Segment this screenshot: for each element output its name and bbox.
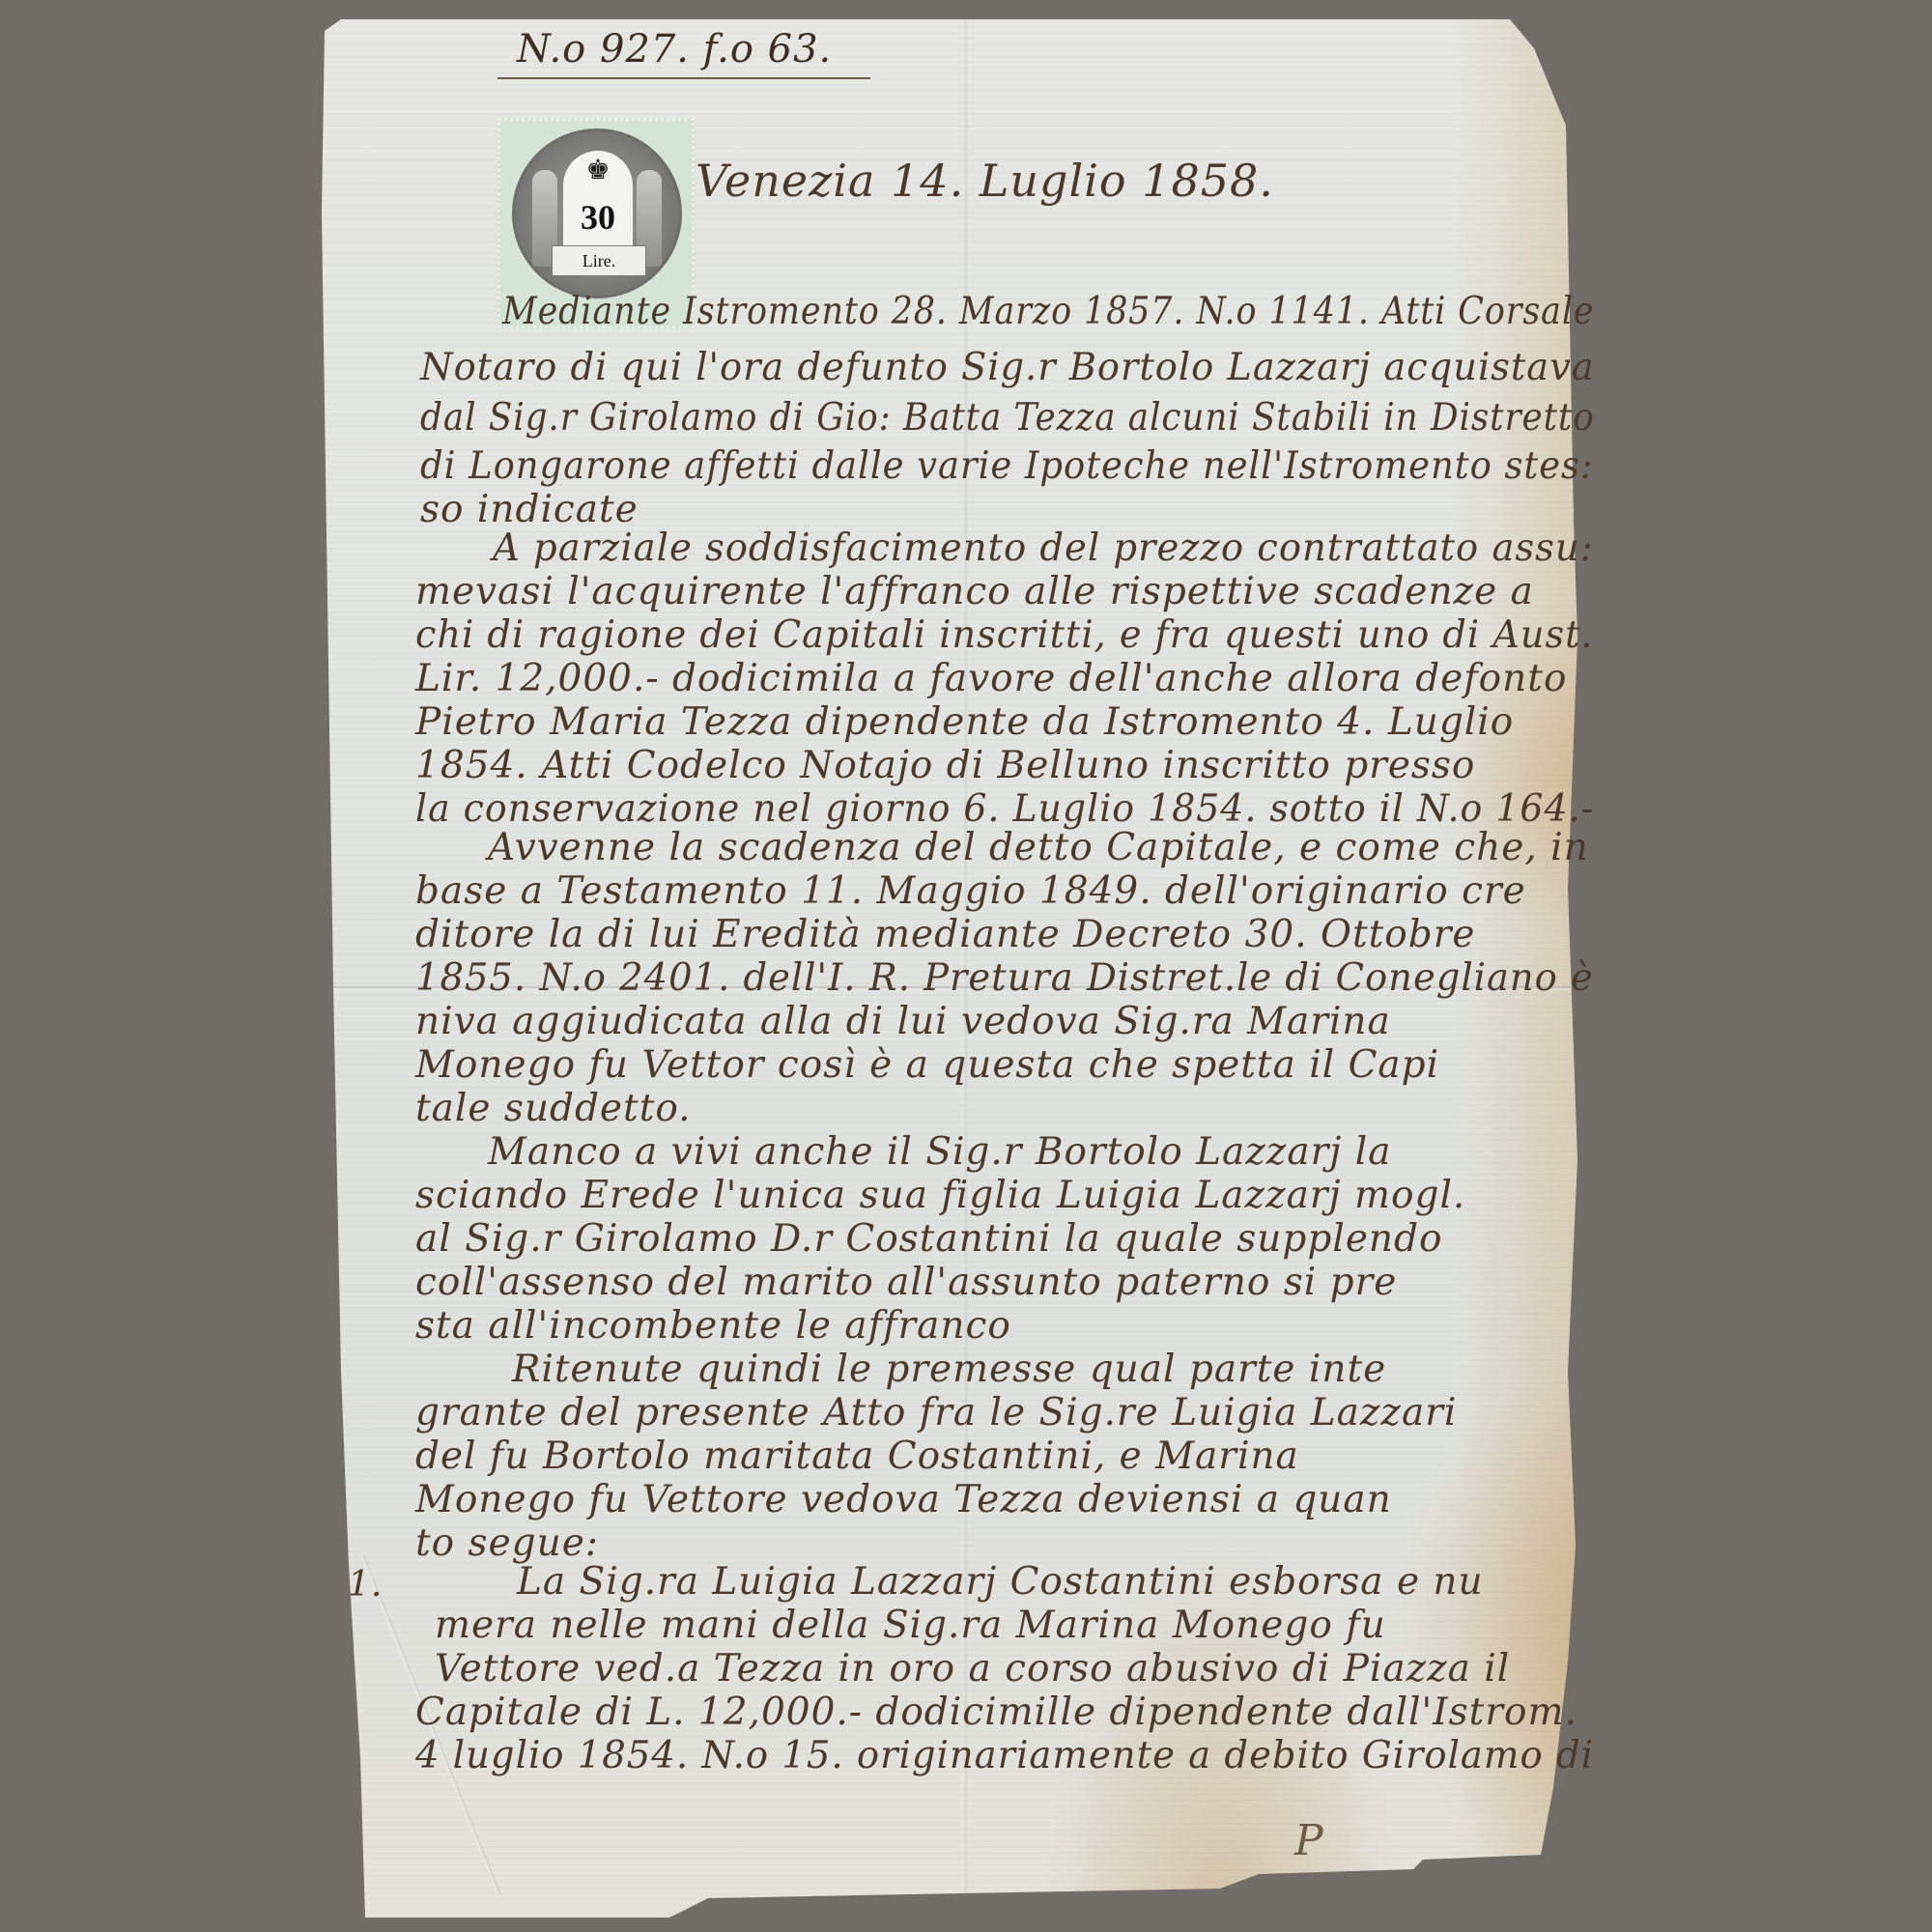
stamp-medallion: ♚ 30 Lire. [512, 128, 682, 298]
text-line-4: di Longarone affetti dalle varie Ipotech… [420, 444, 1593, 488]
clause-number: 1. [348, 1565, 383, 1605]
reference-number: N.o 927. f.o 63. [497, 27, 870, 79]
text-line-18: Monego fu Vettor così è a questa che spe… [415, 1043, 1439, 1087]
text-line-16: 1855. N.o 2401. dell'I. R. Pretura Distr… [415, 956, 1594, 1000]
text-line-10: Pietro Maria Tezza dipendente da Istrome… [415, 700, 1514, 744]
text-line-14: base a Testamento 11. Maggio 1849. dell'… [415, 869, 1526, 913]
text-line-11: 1854. Atti Codelco Notajo di Belluno ins… [415, 744, 1475, 787]
text-line-5: so indicate [420, 488, 639, 531]
text-line-32: Vettore ved.a Tezza in oro a corso abusi… [435, 1647, 1510, 1690]
text-line-13: Avvenne la scadenza del detto Capitale, … [488, 826, 1589, 869]
text-line-17: niva aggiudicata alla di lui vedova Sig.… [415, 1000, 1391, 1043]
text-line-15: ditore la di lui Eredità mediante Decret… [415, 913, 1475, 956]
text-line-19: tale suddetto. [415, 1087, 692, 1130]
text-line-31: mera nelle mani della Sig.ra Marina Mone… [435, 1604, 1386, 1647]
place-date: Venezia 14. Luglio 1858. [696, 155, 1274, 207]
stamp-unit: Lire. [552, 245, 646, 276]
text-line-8: chi di ragione dei Capitali inscritti, e… [415, 613, 1594, 657]
text-line-27: del fu Bortolo maritata Costantini, e Ma… [415, 1435, 1299, 1478]
double-headed-eagle-icon: ♚ [563, 156, 633, 184]
text-line-6: A parziale soddisfacimento del prezzo co… [493, 526, 1594, 570]
text-line-3: dal Sig.r Girolamo di Gio: Batta Tezza a… [420, 396, 1595, 440]
text-line-22: al Sig.r Girolamo D.r Costantini la qual… [415, 1217, 1442, 1261]
corner-mark: P [1294, 1816, 1324, 1865]
text-line-2: Notaro di qui l'ora defunto Sig.r Bortol… [420, 346, 1595, 389]
text-line-28: Monego fu Vettore vedova Tezza deviensi … [415, 1478, 1392, 1521]
text-line-34: 4 luglio 1854. N.o 15. originariamente a… [415, 1734, 1594, 1777]
text-line-25: Ritenute quindi le premesse qual parte i… [512, 1348, 1386, 1391]
text-line-29: to segue: [415, 1521, 599, 1565]
stamp-value: 30 [563, 197, 633, 238]
text-line-12: la conservazione nel giorno 6. Luglio 18… [415, 787, 1594, 831]
text-line-24: sta all'incombente le affranco [415, 1304, 1011, 1348]
text-line-30: La Sig.ra Luigia Lazzarj Costantini esbo… [517, 1560, 1484, 1604]
text-line-21: sciando Erede l'unica sua figlia Luigia … [415, 1174, 1465, 1217]
scan-background: N.o 927. f.o 63. ♚ 30 Lire. Venezia 14. … [0, 0, 1932, 1932]
text-line-9: Lir. 12,000.- dodicimila a favore dell'a… [415, 657, 1567, 700]
text-line-20: Manco a vivi anche il Sig.r Bortolo Lazz… [488, 1130, 1391, 1174]
text-line-23: coll'assenso del marito all'assunto pate… [415, 1261, 1397, 1304]
text-line-1: Mediante Istromento 28. Marzo 1857. N.o … [502, 290, 1594, 333]
text-line-33: Capitale di L. 12,000.- dodicimille dipe… [415, 1690, 1577, 1734]
text-line-7: mevasi l'acquirente l'affranco alle risp… [415, 570, 1534, 613]
text-line-26: grante del presente Atto fra le Sig.re L… [415, 1391, 1457, 1435]
